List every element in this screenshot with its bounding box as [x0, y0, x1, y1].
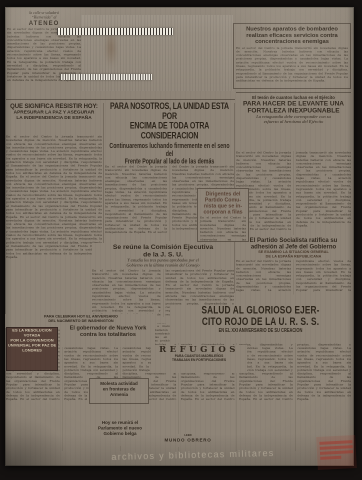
corner-title: ATENEO [7, 20, 81, 27]
aviation-headline-1: Nuestros aparatos de bombardeo [236, 26, 348, 32]
footer-masthead: MUNDO OBRERO [155, 438, 221, 443]
article-socialista: El Partido Socialista ratifica su adhesi… [236, 237, 351, 299]
refugios-subhead-2: TRABAJAN EN FORTIFICACIONES [151, 359, 247, 363]
levante-headline-2: FORTALEZA INEXPUGNABLE [236, 107, 351, 114]
gobernador-headline-2: contra los totalitarios [61, 331, 155, 337]
lead-subhead-1: Continuaremos luchando firmemente en el … [105, 142, 234, 158]
lead-subhead-2: Frente Popular al lado de las demás orga… [105, 158, 234, 165]
resolution-box: ES LA RESOLUCION VOTADA POR LA CONVENCIO… [6, 327, 58, 371]
body-text: En el sector del Centro la jornada trans… [6, 135, 102, 319]
archive-viewer-background: la calle se saludará “Bienvenida” al ATE… [0, 0, 362, 480]
jsu-subhead-2: Gobierno en la última reunión del Consej… [92, 263, 234, 268]
article-ejercito-rojo: SALUD AL GLORIOSO EJER- CITO ROJO DE LA … [170, 305, 351, 343]
article-gobernador: El gobernador de Nueva York contra los t… [61, 325, 155, 347]
newspaper-content: la calle se saludará “Bienvenida” al ATE… [5, 7, 354, 466]
article-resistir: QUE SIGNIFICA RESISTIR HOY: APRESURAR LA… [5, 103, 103, 135]
column-rule [236, 92, 351, 93]
library-stamp [316, 435, 357, 470]
stamp-line [319, 440, 352, 445]
body-text: En el sector del Centro la jornada trans… [236, 46, 348, 82]
body-text: En el sector del Centro la jornada trans… [200, 216, 246, 242]
stamp-line [320, 456, 341, 460]
salud-headline-2: CITO ROJO DE LA U. R. S. S. [170, 316, 351, 327]
body-column: En el sector del Centro la jornada trans… [6, 135, 102, 319]
fronteras-line: Armenia [92, 392, 146, 398]
resolucion-line: ES LA RESOLUCION VOTADA [7, 328, 57, 338]
belga-line: Gobierno belga [90, 431, 150, 437]
corner-article: la calle se saludará “Bienvenida” al ATE… [7, 11, 81, 99]
refugios-headline: REFUGIOS [151, 345, 247, 355]
stamp-line [320, 445, 353, 450]
article-refugios: REFUGIOS PARA CUANTOS MADRILEÑOS TRABAJA… [151, 345, 247, 373]
body-text: En el sector del Centro la jornada trans… [236, 151, 351, 235]
aviation-headline-3: concentraciones enemigas [236, 39, 348, 45]
resistir-sub-2: LA INDEPENDENCIA DE ESPAÑA [5, 115, 103, 121]
article-dirigentes: Dirigentes del Partido Comu- nista que s… [197, 188, 249, 242]
stamp-line [320, 450, 353, 455]
article-aviation: Nuestros aparatos de bombardeo realizan … [233, 23, 351, 89]
levante-subhead-2: esfuerzo al heroísmo del Ejército [236, 119, 351, 124]
column-rule [6, 99, 235, 100]
article-lead: PARA NOSOTROS, LA UNIDAD ESTA POR ENCIMA… [105, 101, 234, 165]
footer-signature: LEED MUNDO OBRERO [155, 434, 221, 447]
gobernador-headline-1: El gobernador de Nueva York [61, 325, 155, 331]
article-belga: Hoy se reunirá el Parlamento el nuevo Go… [90, 420, 150, 446]
body-columns: En el sector del Centro la jornada trans… [236, 151, 351, 235]
newspaper-page-scan: la calle se saludará “Bienvenida” al ATE… [5, 7, 354, 466]
salud-subhead: EN EL XXI ANIVERSARIO DE SU CREACION [170, 327, 351, 334]
resolucion-line: LONDRES [7, 348, 57, 353]
lead-headline-1: PARA NOSOTROS, LA UNIDAD ESTA POR [105, 101, 234, 121]
washington-line-2: DEL NACIMIENTO DE WASHINGTON [5, 319, 157, 324]
article-fronteras: Molesta actividad en fronteras de Armeni… [89, 378, 149, 404]
scan-artifact-strip-top [57, 28, 173, 35]
salud-headline-1: SALUD AL GLORIOSO EJER- [170, 305, 351, 316]
scan-artifact-strip-bottom [60, 74, 152, 80]
socialista-subhead-2: DE LA ESPAÑA REPUBLICANA [236, 254, 351, 258]
body-text: En el sector del Centro la jornada trans… [236, 260, 351, 295]
lead-headline-2: ENCIMA DE TODA OTRA CONSIDERACION [105, 121, 234, 141]
jsu-headline-1: Se reúne la Comisión Ejecutiva [92, 243, 234, 251]
dirigentes-line: corporan a filas [200, 209, 246, 215]
article-levante: El tesón de cuantos luchan en el Ejércit… [236, 95, 351, 149]
